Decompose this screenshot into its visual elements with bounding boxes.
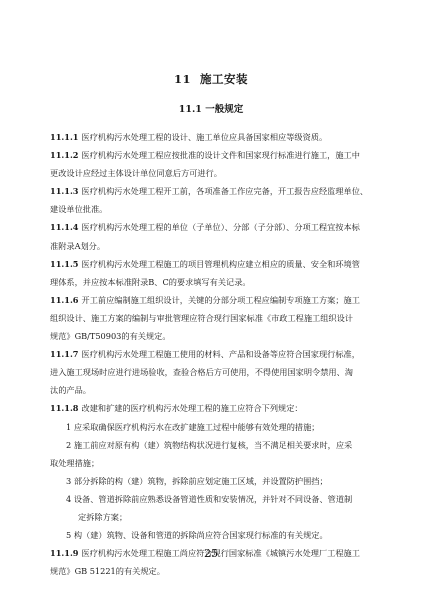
clause-text: 医疗机构污水处理工程的单位（子单位）、分部（子分部）、分项工程宜按本标 — [82, 222, 360, 232]
clause-line: 准附录A划分。 — [50, 237, 375, 255]
page-number: 25 — [0, 547, 422, 560]
clause-text: 医疗机构污水处理工程施工使用的材料、产品和设备等应符合国家现行标准， — [82, 349, 360, 359]
item-number: 3 — [66, 476, 71, 486]
clause-number: 11.1.2 — [50, 150, 79, 160]
clause-number: 11.1.4 — [50, 222, 79, 232]
list-item-continuation: 定拆除方案； — [50, 508, 375, 526]
clause-line: 11.1.5医疗机构污水处理工程施工的项目管理机构应建立相应的质量、安全和环境管 — [50, 255, 375, 273]
item-number: 5 — [66, 530, 71, 540]
list-item: 1 应采取确保医疗机构污水在改扩建施工过程中能够有效处理的措施； — [50, 418, 375, 436]
item-number: 1 — [66, 422, 71, 432]
clause-text: 开工前应编制施工组织设计，关键的分部分项工程应编制专项施工方案；施工 — [82, 295, 360, 305]
clause-line: 11.1.1医疗机构污水处理工程的设计、施工单位应具备国家相应等级资质。 — [50, 128, 375, 146]
clause-line: 11.1.6开工前应编制施工组织设计，关键的分部分项工程应编制专项施工方案；施工 — [50, 291, 375, 309]
item-text: 定拆除方案； — [78, 512, 127, 522]
chapter-number: 11 — [174, 72, 191, 86]
clause-text: 建设单位批准。 — [50, 204, 107, 214]
clause-text: 准附录A划分。 — [50, 241, 105, 251]
clause-text: 医疗机构污水处理工程开工前，各项准备工作应完备，开工报告应经监理单位、 — [82, 186, 369, 196]
clause-number: 11.1.7 — [50, 349, 79, 359]
clause-text: 医疗机构污水处理工程施工的项目管理机构应建立相应的质量、安全和环境管 — [82, 259, 360, 269]
list-item: 5 构（建）筑物、设备和管道的拆除尚应符合国家现行标准的有关规定。 — [50, 526, 375, 544]
clause-line: 组织设计、施工方案的编制与审批管理应符合现行国家标准《市政工程施工组织设计 — [50, 309, 375, 327]
clause-text: 组织设计、施工方案的编制与审批管理应符合现行国家标准《市政工程施工组织设计 — [50, 313, 353, 323]
clause-number: 11.1.6 — [50, 295, 79, 305]
clause-line: 11.1.2医疗机构污水处理工程应按批准的设计文件和国家现行标准进行施工，施工中 — [50, 146, 375, 164]
section-name: 一般规定 — [205, 104, 243, 115]
item-text: 构（建）筑物、设备和管道的拆除尚应符合国家现行标准的有关规定。 — [74, 530, 328, 540]
list-item: 2 施工前应对原有构（建）筑物结构状况进行复核，当不满足相关要求时，应采 — [50, 436, 375, 454]
clause-line: 规范》GB 51221的有关规定。 — [50, 562, 375, 580]
chapter-name: 施工安装 — [200, 72, 248, 86]
item-text: 应采取确保医疗机构污水在改扩建施工过程中能够有效处理的措施； — [74, 422, 320, 432]
clause-line: 11.1.4医疗机构污水处理工程的单位（子单位）、分部（子分部）、分项工程宜按本… — [50, 218, 375, 236]
clause-line: 11.1.8改建和扩建的医疗机构污水处理工程的施工应符合下列规定： — [50, 399, 375, 417]
item-text: 设备、管道拆除前应熟悉设备管道性质和安装情况，并针对不同设备、管道制 — [74, 494, 352, 504]
clause-number: 11.1.8 — [50, 403, 79, 413]
chapter-title: 11 施工安装 — [0, 71, 422, 87]
clause-text: 改建和扩建的医疗机构污水处理工程的施工应符合下列规定： — [82, 403, 303, 413]
clause-line: 规范》GB/T50903的有关规定。 — [50, 327, 375, 345]
section-number: 11.1 — [179, 104, 202, 115]
item-text: 取处理措施； — [50, 458, 99, 468]
list-item: 3 部分拆除的构（建）筑物，拆除前应划定施工区域，并设置防护围挡； — [50, 472, 375, 490]
list-item: 4 设备、管道拆除前应熟悉设备管道性质和安装情况，并针对不同设备、管道制 — [50, 490, 375, 508]
document-page: 11 施工安装 11.1 一般规定 11.1.1医疗机构污水处理工程的设计、施工… — [0, 0, 422, 596]
clause-line: 11.1.3医疗机构污水处理工程开工前，各项准备工作应完备，开工报告应经监理单位… — [50, 182, 375, 200]
clause-line: 更改设计应经过主体设计单位同意后方可进行。 — [50, 164, 375, 182]
clause-text: 理体系，并应按本标准附录B、C的要求填写有关记录。 — [50, 277, 251, 287]
clause-text: 汰的产品。 — [50, 385, 91, 395]
clause-line: 进入施工现场时应进行进场验收，查验合格后方可使用，不得使用国家明令禁用、淘 — [50, 363, 375, 381]
document-body: 11.1.1医疗机构污水处理工程的设计、施工单位应具备国家相应等级资质。 11.… — [50, 128, 375, 580]
clause-number: 11.1.1 — [50, 132, 79, 142]
clause-text: 医疗机构污水处理工程的设计、施工单位应具备国家相应等级资质。 — [82, 132, 328, 142]
list-item-continuation: 取处理措施； — [50, 454, 375, 472]
item-number: 4 — [66, 494, 71, 504]
clause-line: 汰的产品。 — [50, 381, 375, 399]
clause-number: 11.1.3 — [50, 186, 79, 196]
item-text: 施工前应对原有构（建）筑物结构状况进行复核，当不满足相关要求时，应采 — [74, 440, 352, 450]
clause-text: 更改设计应经过主体设计单位同意后方可进行。 — [50, 168, 222, 178]
clause-number: 11.1.5 — [50, 259, 79, 269]
clause-text: 规范》GB/T50903的有关规定。 — [50, 331, 171, 341]
item-text: 部分拆除的构（建）筑物，拆除前应划定施工区域，并设置防护围挡； — [74, 476, 328, 486]
clause-line: 理体系，并应按本标准附录B、C的要求填写有关记录。 — [50, 273, 375, 291]
section-title: 11.1 一般规定 — [0, 101, 422, 115]
clause-line: 建设单位批准。 — [50, 200, 375, 218]
clause-text: 规范》GB 51221的有关规定。 — [50, 566, 165, 576]
clause-text: 医疗机构污水处理工程应按批准的设计文件和国家现行标准进行施工，施工中 — [82, 150, 360, 160]
clause-text: 进入施工现场时应进行进场验收，查验合格后方可使用，不得使用国家明令禁用、淘 — [50, 367, 353, 377]
clause-line: 11.1.7医疗机构污水处理工程施工使用的材料、产品和设备等应符合国家现行标准， — [50, 345, 375, 363]
item-number: 2 — [66, 440, 71, 450]
